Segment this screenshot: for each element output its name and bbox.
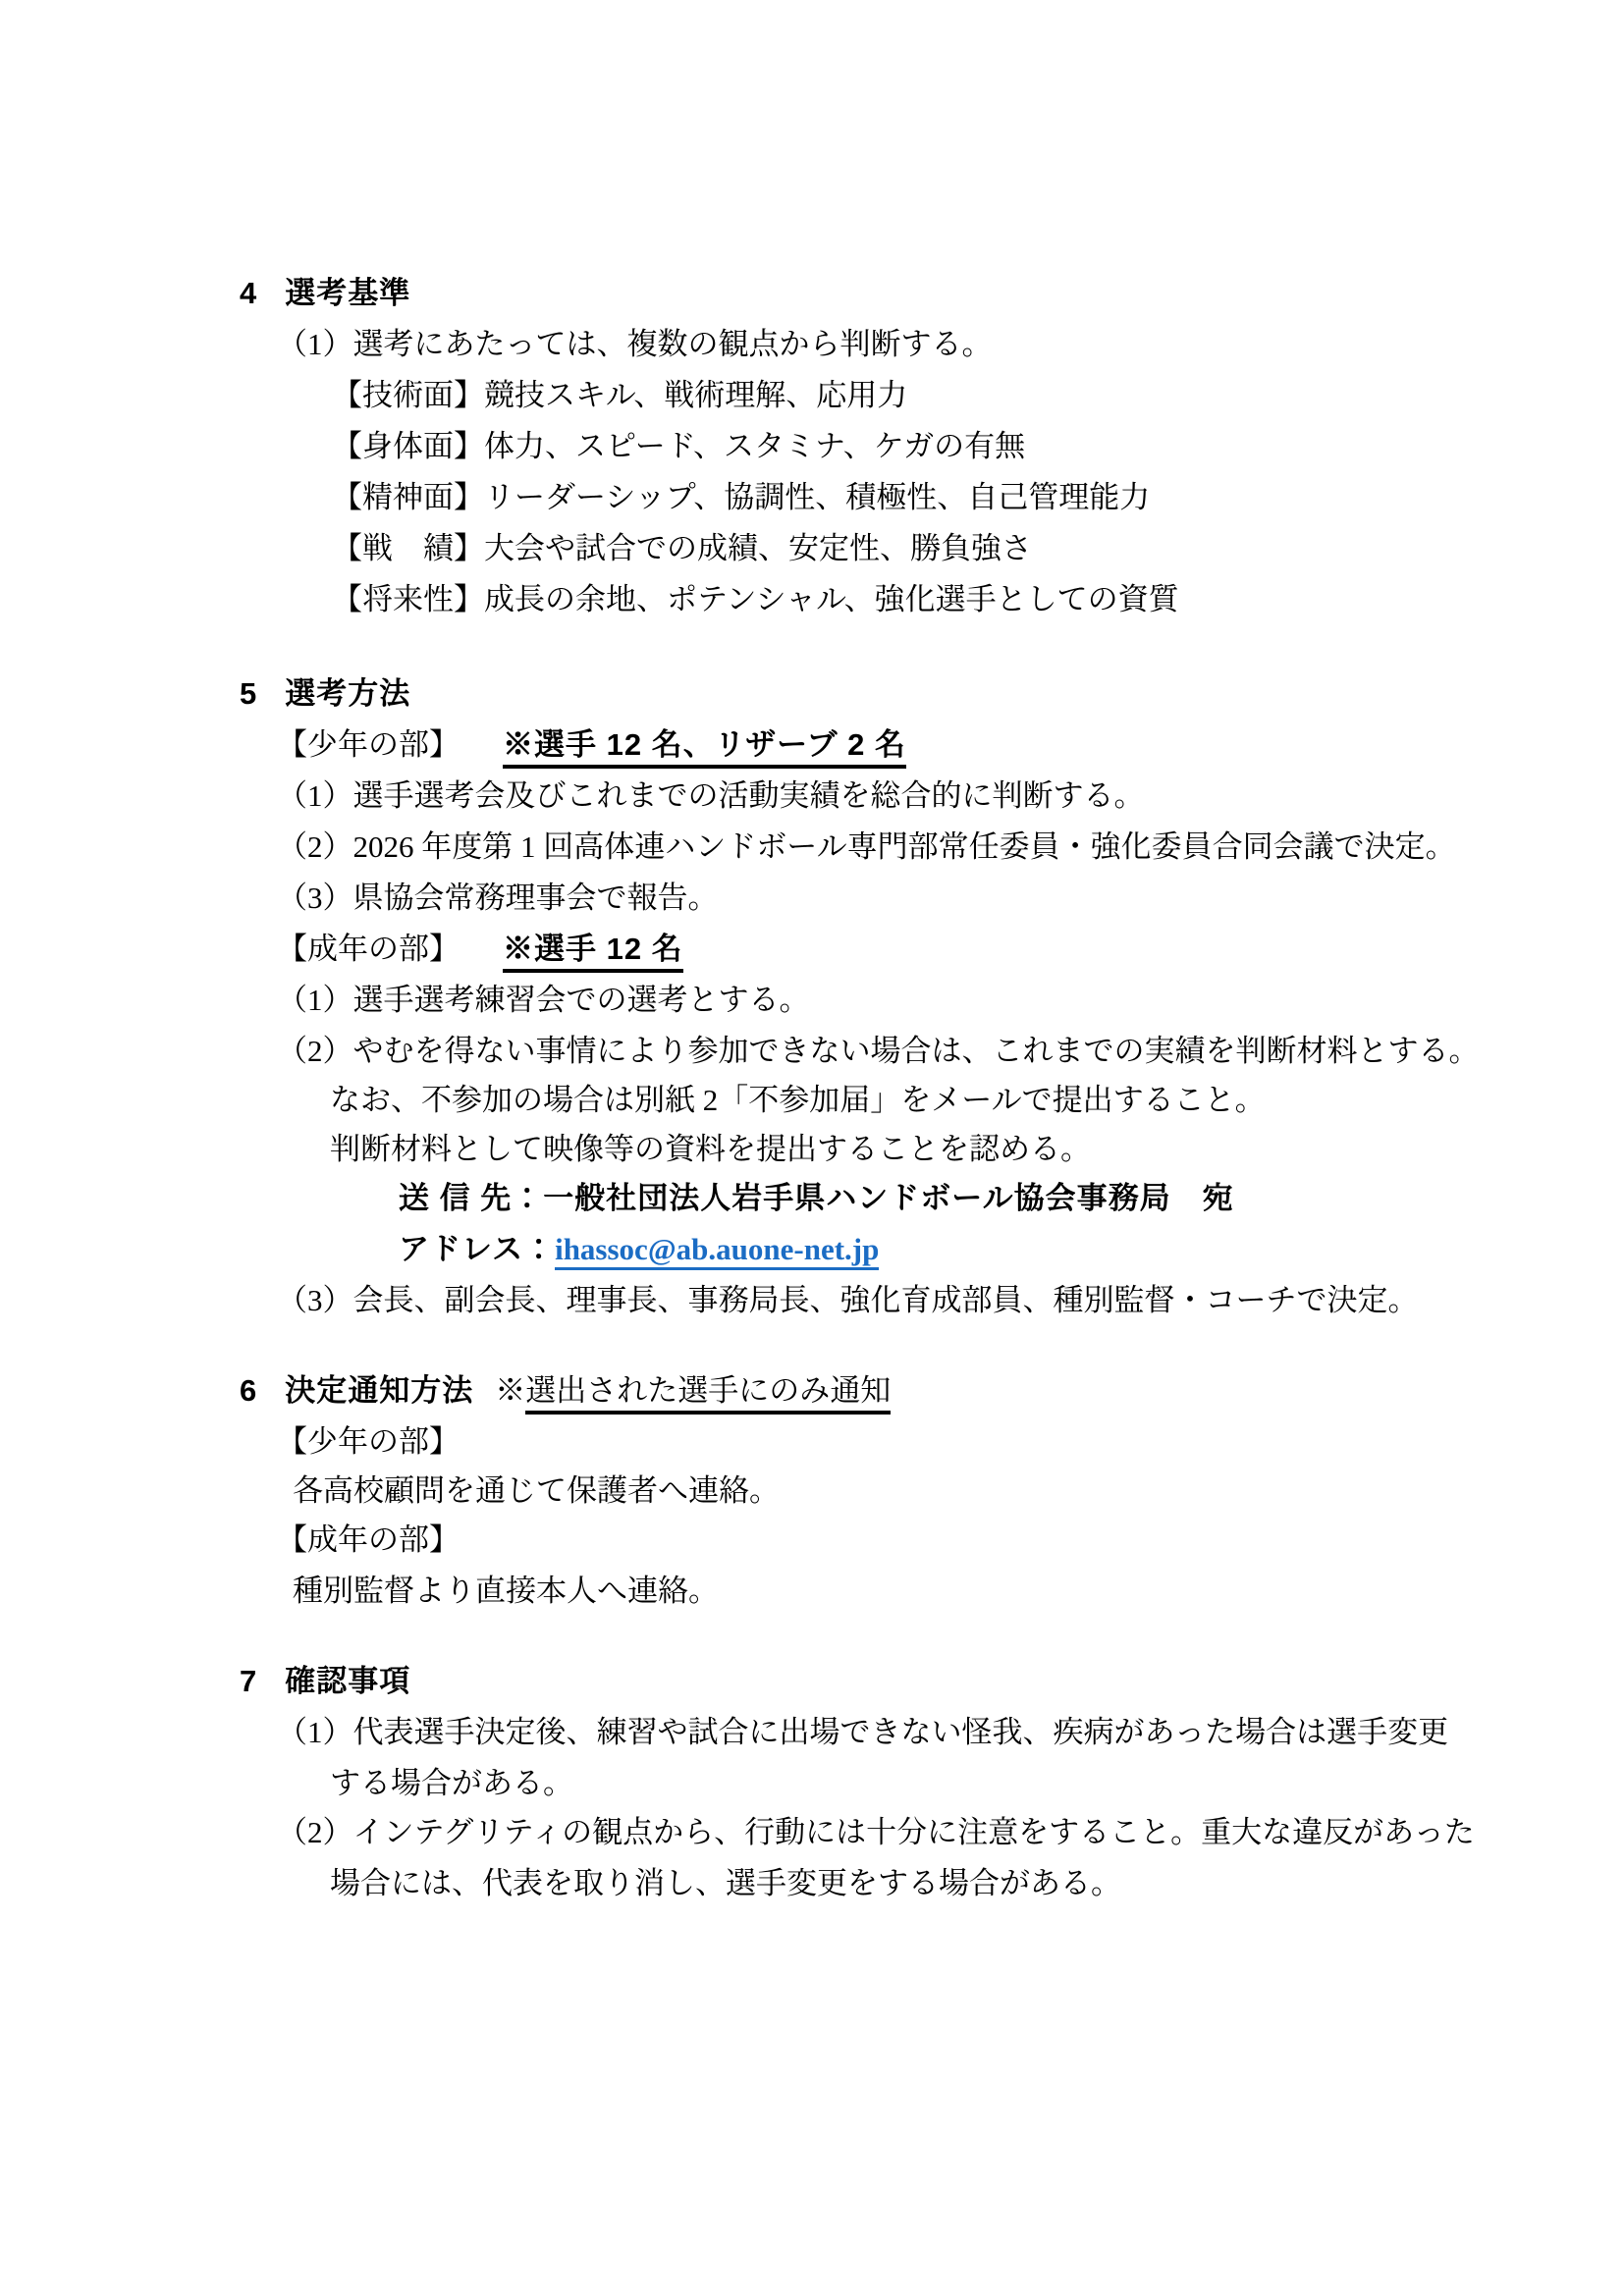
criteria-future: 【将来性】成長の余地、ポテンシャル、強化選手としての資質: [332, 579, 1179, 620]
notify-junior-label: 【少年の部】: [277, 1421, 460, 1463]
senior-division-header: 【成年の部】※選手 12 名: [277, 929, 683, 970]
senior-method-item-2: （2）やむを得ない事情により参加できない場合は、これまでの実績を判断材料とする。: [277, 1031, 1480, 1072]
section-7-heading: 7確認事項: [240, 1661, 410, 1702]
criteria-technical: 【技術面】競技スキル、戦術理解、応用力: [332, 375, 907, 416]
senior-method-item-3: （3）会長、副会長、理事長、事務局長、強化育成部員、種別監督・コーチで決定。: [277, 1280, 1419, 1321]
note-underlined: 選出された選手にのみ通知: [525, 1373, 891, 1415]
section-4-number: 4: [240, 276, 257, 310]
section-5-title: 選考方法: [285, 676, 410, 711]
section-6-number: 6: [240, 1373, 257, 1408]
section-5-heading: 5選考方法: [240, 673, 410, 715]
senior-division-note: ※選手 12 名: [503, 932, 683, 973]
section-5-number: 5: [240, 676, 257, 711]
senior-method-item-2-cont-1: なお、不参加の場合は別紙 2「不参加届」をメールで提出すること。: [330, 1080, 1266, 1121]
section-6-title: 決定通知方法: [285, 1373, 473, 1408]
document-page: 4選考基準 （1）選考にあたっては、複数の観点から判断する。 【技術面】競技スキ…: [0, 0, 1624, 2296]
section-4-title: 選考基準: [285, 276, 410, 310]
notify-senior-label: 【成年の部】: [277, 1520, 460, 1561]
junior-method-item-3: （3）県協会常務理事会で報告。: [277, 878, 719, 919]
senior-division-label: 【成年の部】: [277, 932, 460, 966]
note-prefix: ※: [495, 1373, 525, 1408]
senior-method-item-1: （1）選手選考練習会での選考とする。: [277, 980, 810, 1021]
address-label: アドレス：: [399, 1232, 555, 1266]
criteria-physical: 【身体面】体力、スピード、スタミナ、ケガの有無: [332, 426, 1025, 467]
confirm-item-1-line-1: （1）代表選手決定後、練習や試合に出場できない怪我、疾病があった場合は選手変更: [277, 1712, 1448, 1753]
email-link[interactable]: ihassoc@ab.auone-net.jp: [555, 1232, 879, 1270]
confirm-item-1-line-2: する場合がある。: [330, 1763, 573, 1804]
junior-division-header: 【少年の部】※選手 12 名、リザーブ 2 名: [277, 724, 906, 766]
junior-division-note: ※選手 12 名、リザーブ 2 名: [503, 727, 906, 769]
senior-method-item-2-cont-2: 判断材料として映像等の資料を提出することを認める。: [330, 1129, 1091, 1170]
section-7-title: 確認事項: [285, 1664, 410, 1698]
section-6-note: ※選出された選手にのみ通知: [495, 1373, 891, 1408]
junior-method-item-2: （2）2026 年度第 1 回高体連ハンドボール専門部常任委員・強化委員合同会議…: [277, 827, 1456, 868]
notify-junior-text: 各高校顧問を通じて保護者へ連絡。: [293, 1470, 780, 1512]
send-to-line: 送 信 先：一般社団法人岩手県ハンドボール協会事務局 宛: [399, 1178, 1234, 1219]
section-6-heading: 6決定通知方法※選出された選手にのみ通知: [240, 1370, 891, 1412]
section-7-number: 7: [240, 1664, 257, 1698]
criteria-mental: 【精神面】リーダーシップ、協調性、積極性、自己管理能力: [332, 477, 1150, 518]
address-line: アドレス：ihassoc@ab.auone-net.jp: [399, 1229, 879, 1270]
notify-senior-text: 種別監督より直接本人へ連絡。: [293, 1571, 719, 1612]
section-4-heading: 4選考基準: [240, 273, 410, 314]
criteria-results: 【戦 績】大会や試合での成績、安定性、勝負強さ: [332, 528, 1032, 569]
junior-method-item-1: （1）選手選考会及びこれまでの活動実績を総合的に判断する。: [277, 775, 1145, 817]
confirm-item-2-line-2: 場合には、代表を取り消し、選手変更をする場合がある。: [330, 1863, 1121, 1904]
section-4-intro: （1）選考にあたっては、複数の観点から判断する。: [277, 324, 993, 365]
junior-division-label: 【少年の部】: [277, 727, 460, 762]
confirm-item-2-line-1: （2）インテグリティの観点から、行動には十分に注意をすること。重大な違反があった: [277, 1812, 1475, 1853]
